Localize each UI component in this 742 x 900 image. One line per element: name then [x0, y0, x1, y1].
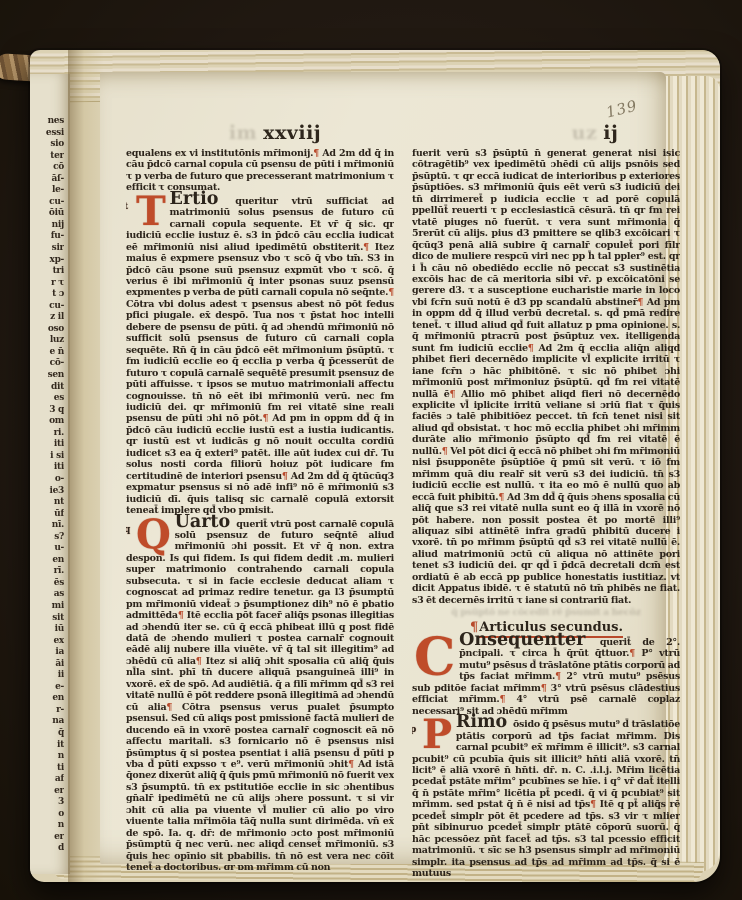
- paragraph: cCOnsequenter querit̄ de 2°. p̄ncipali. …: [412, 635, 680, 717]
- paragraph: tTErtio queritur vtrū sufficiat ad matri…: [126, 194, 394, 517]
- running-header-left: imxxviij: [190, 122, 360, 144]
- paragraph: equalens ex vi institutōnis mr̄imonij.¶ …: [126, 148, 394, 194]
- paragraph: qQUarto querit̄ vtrū post carnalē copulā…: [126, 517, 394, 871]
- paragraph: fuerit verū s3 p̄sūptū n̄ generat genera…: [412, 148, 680, 606]
- body-text: fuerit verū s3 p̄sūptū n̄ generat genera…: [412, 148, 680, 308]
- guide-letter: t: [126, 204, 128, 211]
- show-through-text: uz: [572, 122, 598, 144]
- rubric-drop-cap: cC: [412, 635, 459, 680]
- rubric-drop-cap: tT: [126, 194, 170, 229]
- incipit-word: Uarto: [175, 512, 237, 532]
- body-text: Cōtra vbi dolus adest τ psensus abest nō…: [126, 299, 394, 425]
- body-text: Itē q pt̄ aliq̄s rē pcedet̄ simplr pōt ē…: [412, 799, 680, 879]
- incipit-word: Rimo: [456, 712, 513, 732]
- rubric-pilcrow: ¶: [388, 287, 394, 298]
- left-page-text-fragments: nes essi sio ter cō āſ- le- cu- ōiū nij …: [32, 116, 64, 864]
- body-text: Ad 3m dd̄ q̄ q̄uis ɔhens sposalia cū ali…: [412, 492, 680, 606]
- right-page: 139 imxxviij uzij equalens ex vi institu…: [100, 72, 666, 864]
- open-book: nes essi sio ter cō āſ- le- cu- ōiū nij …: [30, 50, 720, 882]
- rubric-drop-cap: pP: [412, 717, 456, 752]
- body-text: equalens ex vi institutōnis mr̄imonij.: [126, 148, 313, 159]
- body-text: Ad istā q̄onez dixerūt aliq̄ q̄ q̄uis pm…: [126, 759, 394, 870]
- handwritten-folio-number: 139: [605, 96, 640, 121]
- photograph-background: nes essi sio ter cō āſ- le- cu- ōiū nij …: [0, 0, 742, 900]
- gutter-shadow: [68, 50, 104, 882]
- incipit-word: Ertio: [170, 189, 236, 209]
- text-column-right: fuerit verū s3 p̄sūptū n̄ generat genera…: [412, 148, 680, 882]
- left-page-edge: nes essi sio ter cō āſ- le- cu- ōiū nij …: [30, 74, 70, 874]
- guide-letter: q: [126, 527, 130, 534]
- running-header-right: uzij: [510, 122, 680, 144]
- guide-letter: p: [412, 727, 416, 734]
- text-column-left: equalens ex vi institutōnis mr̄imonij.¶ …: [126, 148, 394, 870]
- running-header-right-label: ij: [603, 122, 618, 144]
- running-header-left-label: xxviij: [263, 122, 321, 144]
- rubric-drop-cap: qQ: [126, 517, 175, 552]
- paragraph: pPRimo ōsido q̄ psēsus mutu⁹ d̄ trāslati…: [412, 717, 680, 879]
- show-through-text: im: [229, 122, 257, 144]
- show-through-text: q̄ psūptō ne cōcedit rē p̄sumit a hecōz: [412, 607, 680, 618]
- ink-smudge: ~·— -·~— ——·: [220, 841, 305, 850]
